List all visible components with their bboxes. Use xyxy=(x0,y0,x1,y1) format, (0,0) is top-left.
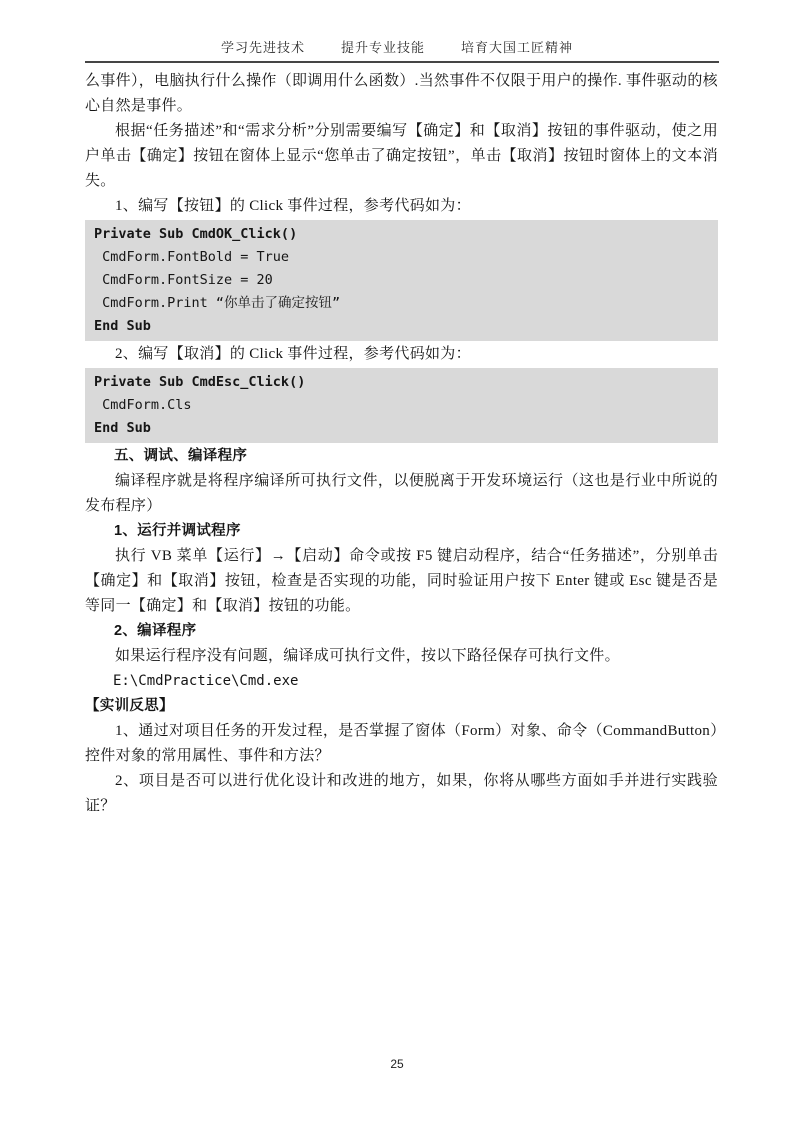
header-rule xyxy=(85,61,719,63)
code-block-cmdok-click: Private Sub CmdOK_Click() CmdForm.FontBo… xyxy=(85,220,718,341)
header-slogans: 学习先进技术 提升专业技能 培育大国工匠精神 xyxy=(0,40,794,56)
code-line-sub-declaration: Private Sub CmdEsc_Click() xyxy=(94,371,714,394)
code-line-end-sub: End Sub xyxy=(94,315,714,338)
paragraph-requirements: 根据“任务描述”和“需求分析”分别需要编写【确定】和【取消】按钮的事件驱动，使之… xyxy=(85,119,718,194)
header-slogan-2: 提升专业技能 xyxy=(341,40,425,56)
document-page: 学习先进技术 提升专业技能 培育大国工匠精神 么事件），电脑执行什么操作（即调用… xyxy=(0,0,794,1123)
heading-section-five: 五、调试、编译程序 xyxy=(85,444,718,469)
heading-compile: 2、编译程序 xyxy=(85,619,718,644)
heading-run-debug: 1、运行并调试程序 xyxy=(85,519,718,544)
paragraph-compile-note: 编译程序就是将程序编译所可执行文件，以便脱离于开发环境运行（这也是行业中所说的发… xyxy=(85,469,718,519)
page-number: 25 xyxy=(390,1057,403,1071)
code-line-sub-declaration: Private Sub CmdOK_Click() xyxy=(94,223,714,246)
code-line-cls: CmdForm.Cls xyxy=(94,394,714,417)
paragraph-code-intro-2: 2、编写【取消】的 Click 事件过程，参考代码如为： xyxy=(85,342,718,367)
code-line-end-sub: End Sub xyxy=(94,417,714,440)
code-line-fontsize: CmdForm.FontSize = 20 xyxy=(94,269,714,292)
heading-reflection: 【实训反思】 xyxy=(85,694,718,719)
paragraph-intro-continuation: 么事件），电脑执行什么操作（即调用什么函数）.当然事件不仅限于用户的操作. 事件… xyxy=(85,69,718,119)
page-footer: 25 xyxy=(0,1055,794,1073)
paragraph-run-debug: 执行 VB 菜单【运行】→【启动】命令或按 F5 键启动程序，结合“任务描述”，… xyxy=(85,544,718,619)
paragraph-compile: 如果运行程序没有问题，编译成可执行文件，按以下路径保存可执行文件。 xyxy=(85,644,718,669)
executable-path: E:\CmdPractice\Cmd.exe xyxy=(85,669,718,694)
page-body: 么事件），电脑执行什么操作（即调用什么函数）.当然事件不仅限于用户的操作. 事件… xyxy=(85,69,718,819)
paragraph-code-intro-1: 1、编写【按钮】的 Click 事件过程，参考代码如为： xyxy=(85,194,718,219)
header-slogan-1: 学习先进技术 xyxy=(221,40,305,56)
code-block-cmdesc-click: Private Sub CmdEsc_Click() CmdForm.Cls E… xyxy=(85,368,718,443)
code-line-fontbold: CmdForm.FontBold = True xyxy=(94,246,714,269)
header-slogan-3: 培育大国工匠精神 xyxy=(461,40,573,56)
paragraph-reflection-2: 2、项目是否可以进行优化设计和改进的地方，如果，你将从哪些方面如手并进行实践验证… xyxy=(85,769,718,819)
code-line-print: CmdForm.Print “你单击了确定按钮” xyxy=(94,292,714,315)
paragraph-reflection-1: 1、通过对项目任务的开发过程，是否掌握了窗体（Form）对象、命令（Comman… xyxy=(85,719,718,769)
page-header: 学习先进技术 提升专业技能 培育大国工匠精神 xyxy=(0,0,794,63)
